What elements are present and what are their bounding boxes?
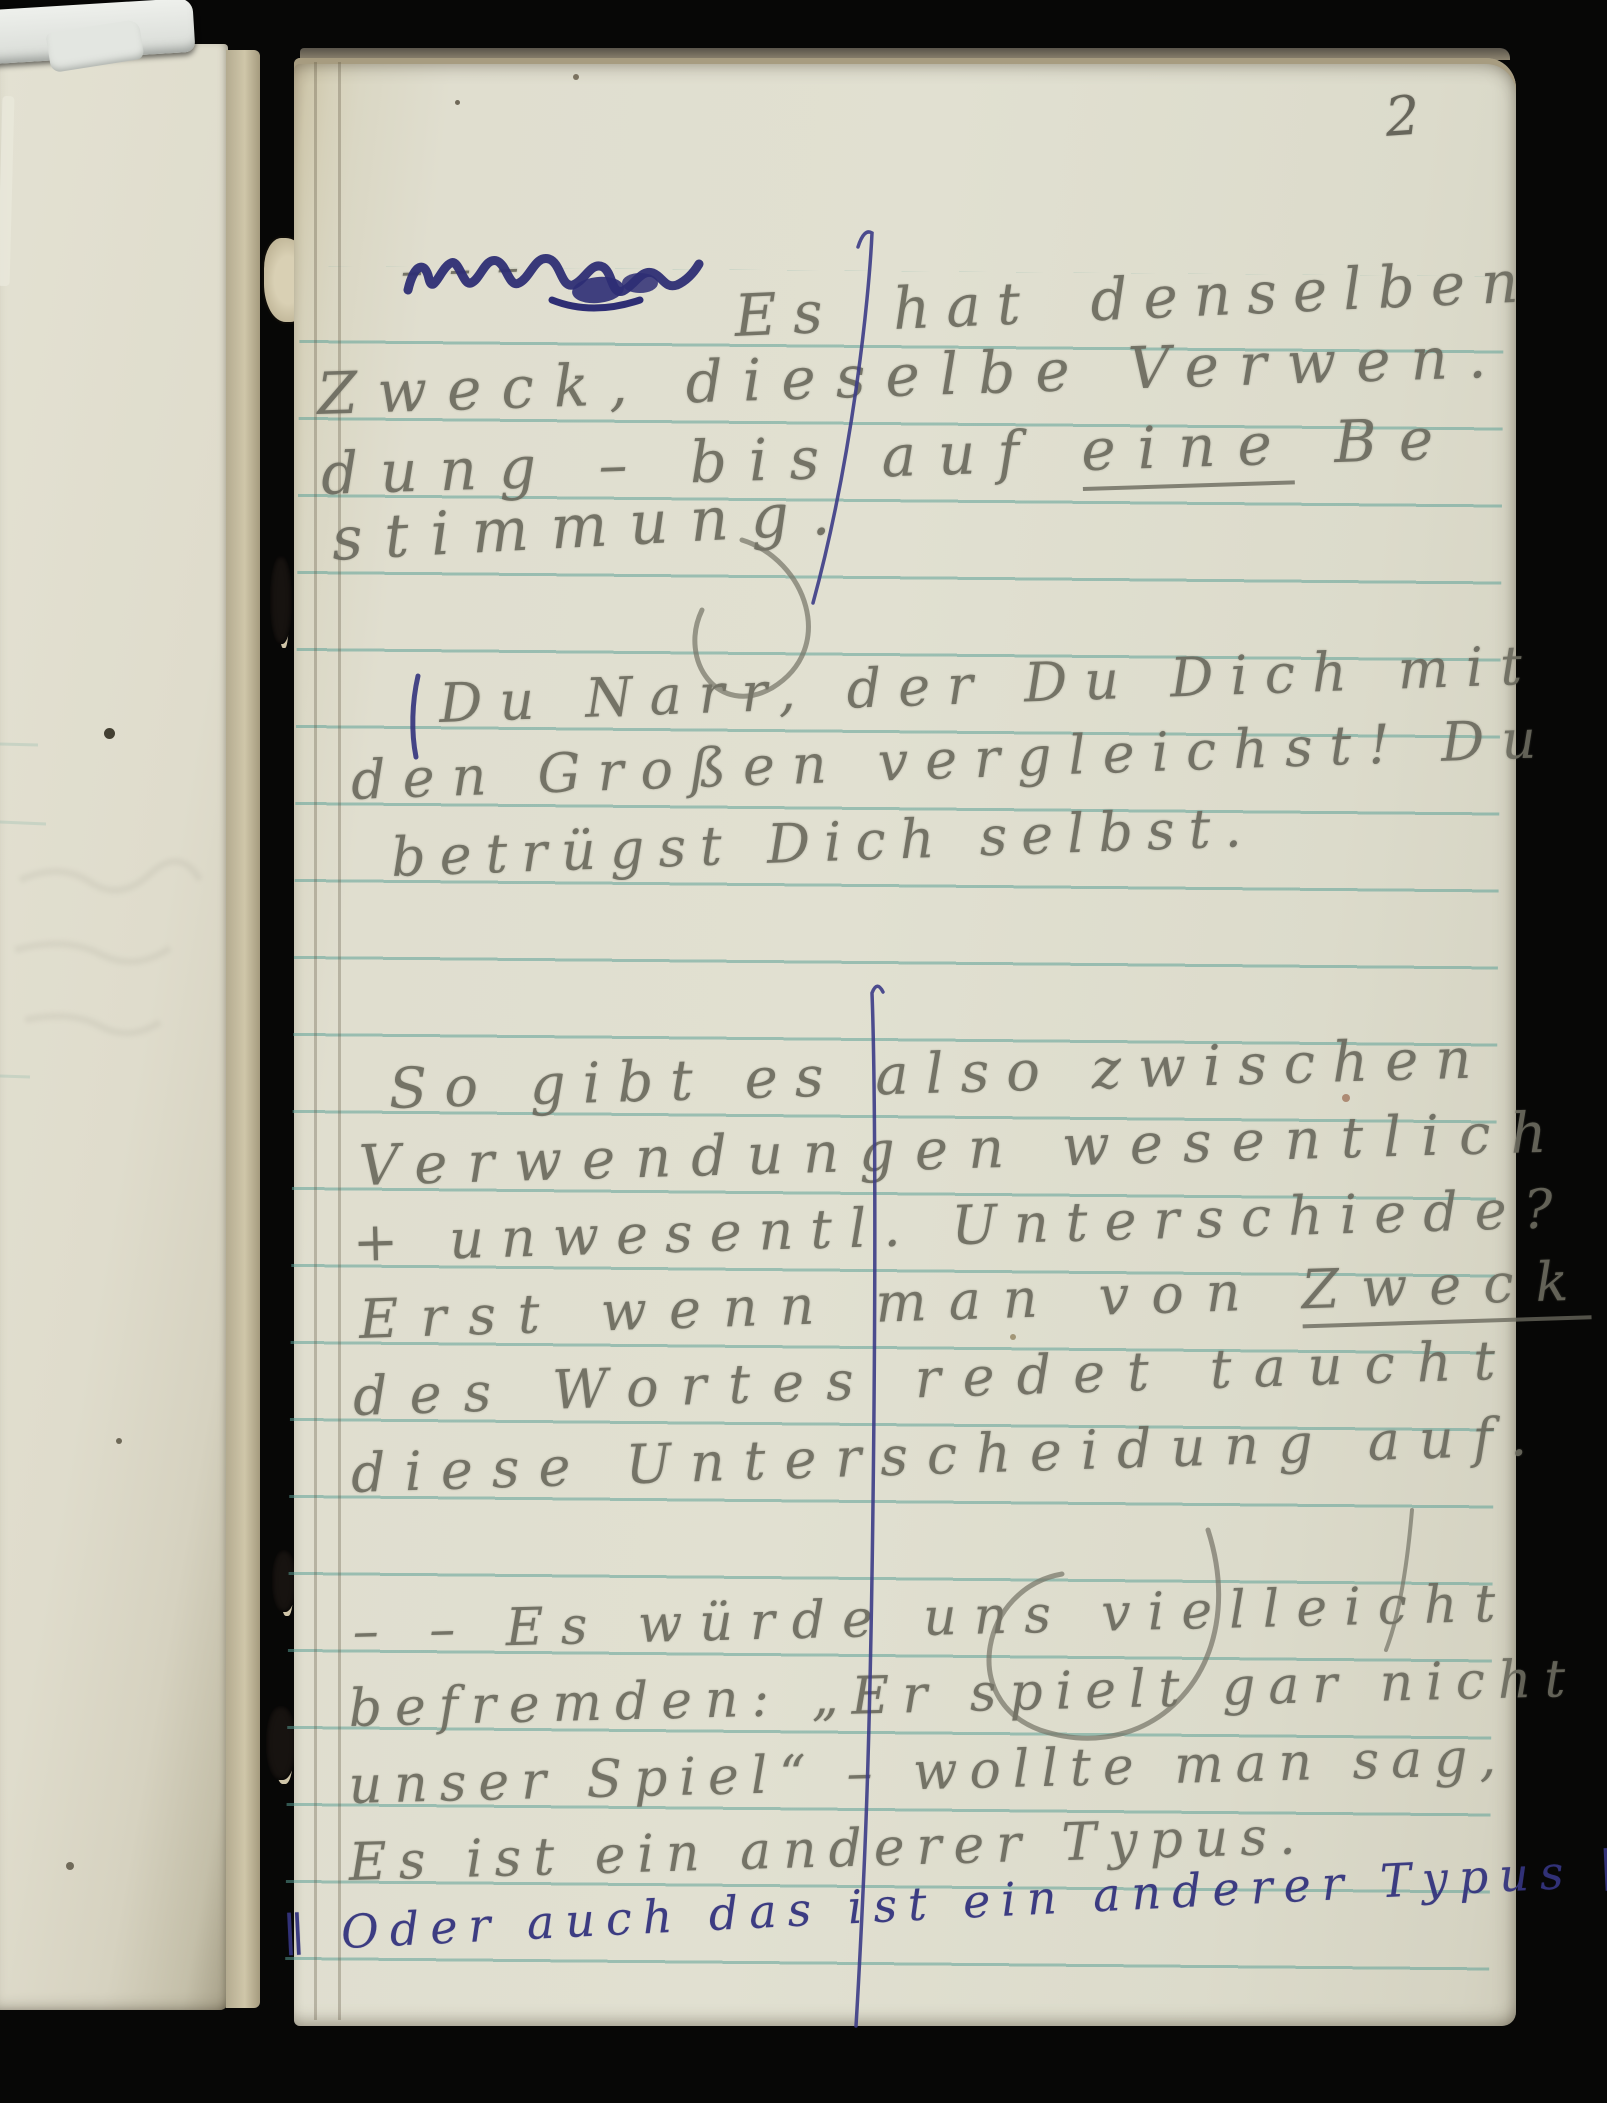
paper-speck: [455, 100, 460, 105]
fold-seam: [338, 62, 341, 2020]
paper-speck: [66, 1862, 74, 1870]
paper-speck: [1010, 1334, 1016, 1340]
gutter-fold: [226, 50, 260, 2008]
underlined-word: eine: [1080, 409, 1295, 491]
page-number: 2: [1383, 84, 1422, 149]
notebook-photo: 2 – – – Es hat denselben Zweck, dieselbe…: [0, 0, 1607, 2103]
paper-speck: [573, 74, 579, 80]
paper-speck: [104, 728, 115, 739]
pencil-segment: Be: [1293, 404, 1456, 477]
paper-speck: [116, 1438, 122, 1444]
underlined-word: Zweck: [1301, 1249, 1592, 1328]
left-page: [0, 44, 228, 2010]
pencil-dashes: – – –: [400, 242, 526, 297]
binding-stitch: [270, 556, 292, 644]
fold-seam: [314, 62, 317, 2020]
